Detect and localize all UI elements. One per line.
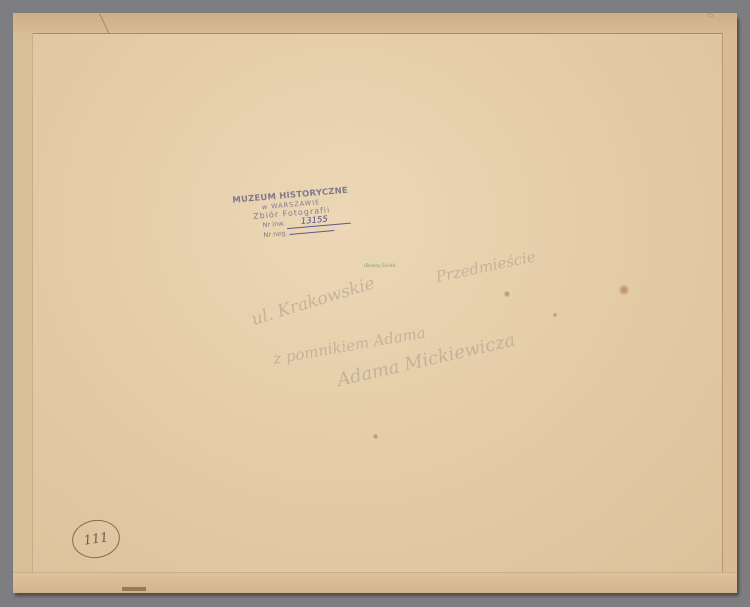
board-left-edge [13, 33, 33, 573]
tape-remnant [122, 587, 146, 591]
foxing-spot [373, 434, 378, 439]
foxing-spot [504, 291, 510, 297]
green-stamp: (Bolesy Sisiel) [364, 264, 396, 269]
foxing-spot [553, 313, 557, 317]
board-right-edge [722, 33, 737, 573]
foxing-spot [619, 285, 629, 295]
corner-mark: 75 [706, 12, 714, 19]
mount-board [13, 13, 737, 593]
catalog-number: 111 [83, 530, 110, 548]
inventory-label: Nr inw. [262, 219, 285, 229]
board-top-edge [13, 13, 737, 34]
paper-panel [33, 34, 722, 572]
